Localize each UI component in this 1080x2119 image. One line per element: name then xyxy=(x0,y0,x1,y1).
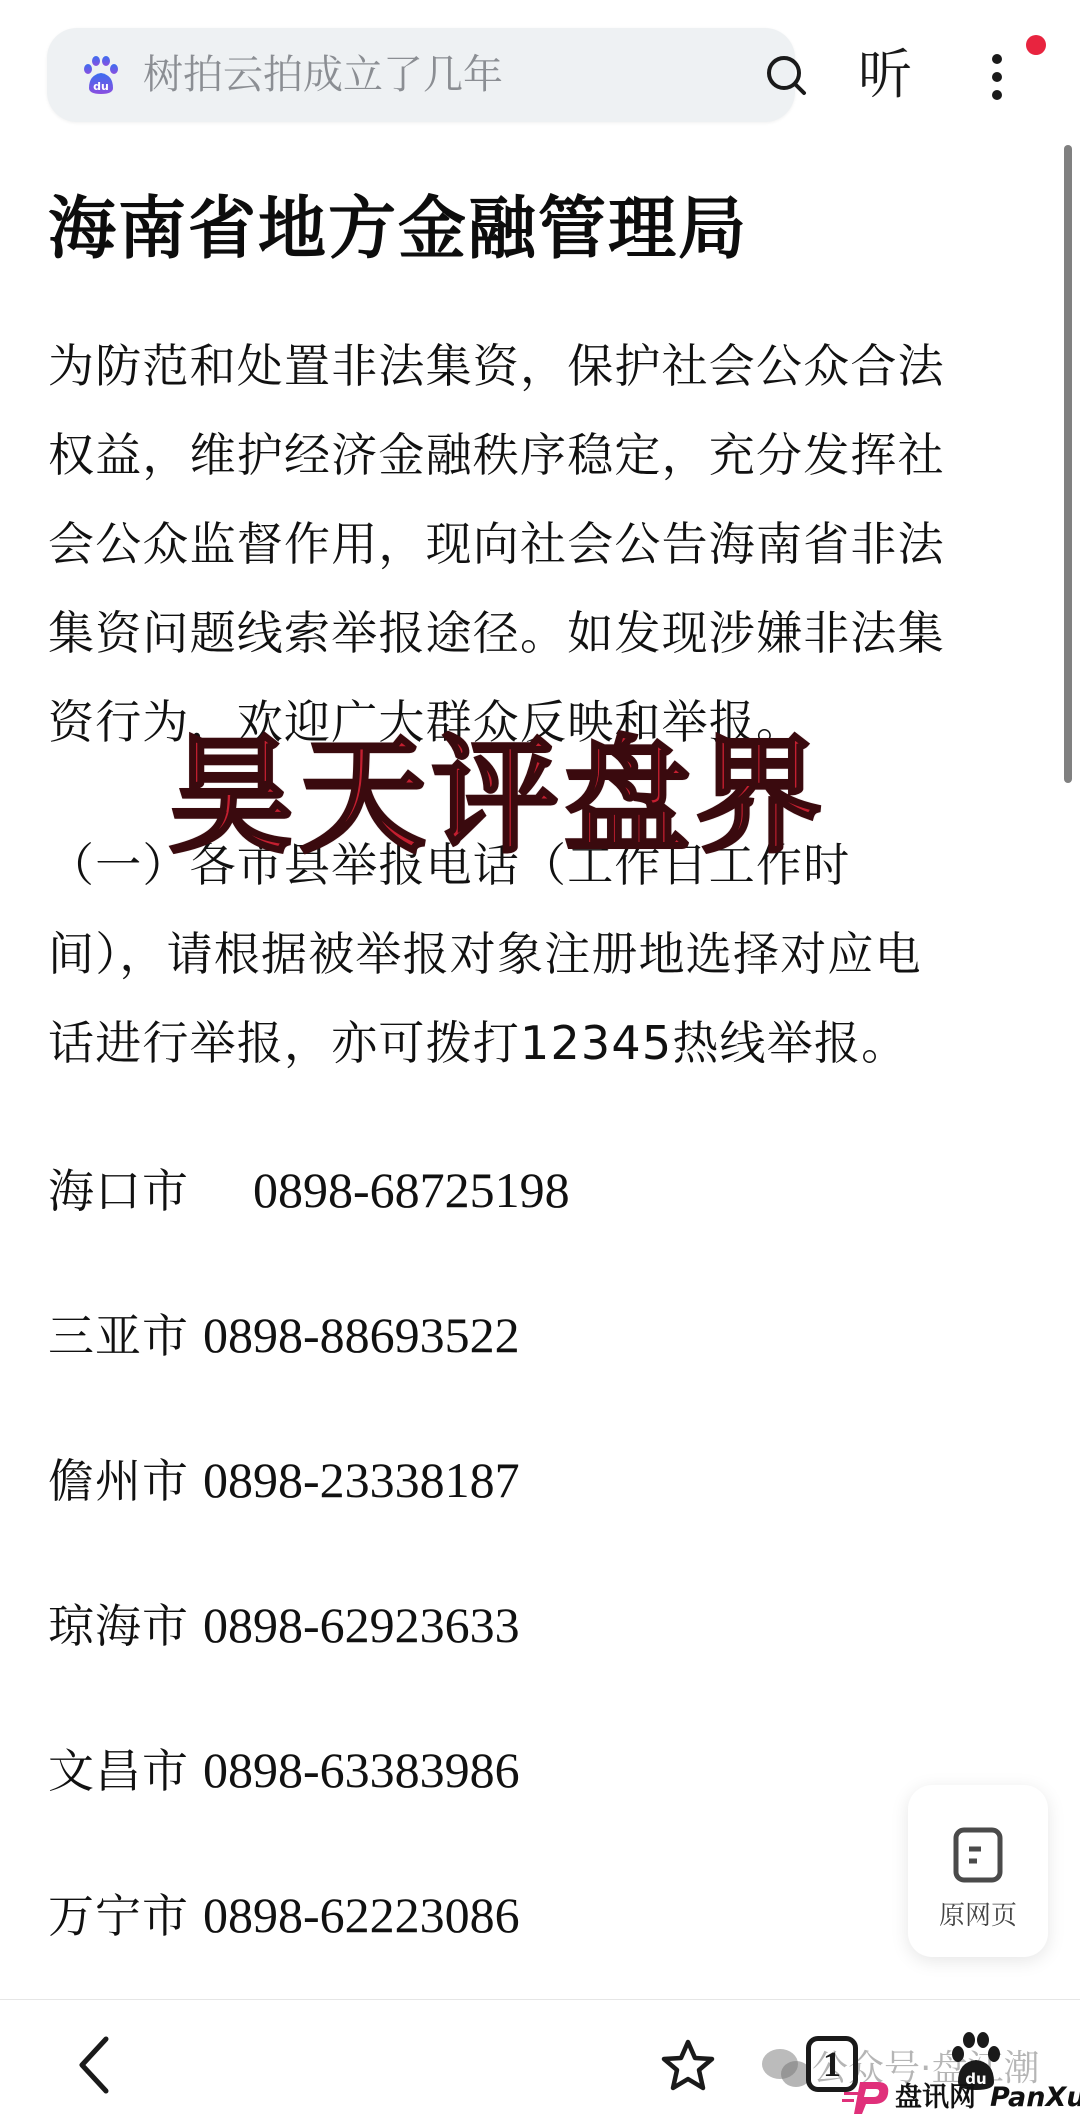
city-name: 万宁市 xyxy=(48,1889,189,1943)
text-line: 间），请根据被举报对象注册地选择对应电 xyxy=(48,910,1048,999)
wechat-icon xyxy=(760,2046,812,2090)
original-page-label: 原网页 xyxy=(908,1895,1048,1932)
favorite-star-icon[interactable] xyxy=(660,2038,716,2094)
phone-number[interactable]: 0898-68725198 xyxy=(253,1162,570,1218)
document-icon xyxy=(953,1827,1003,1883)
listen-button[interactable]: 听 xyxy=(858,40,912,110)
overlay-watermark: 昊天评盘界 xyxy=(168,722,828,872)
text-line: 集资问题线索举报途径。如发现涉嫌非法集 xyxy=(48,589,1048,678)
phone-number[interactable]: 0898-23338187 xyxy=(203,1452,520,1508)
panxun-en: PanXun.cc xyxy=(990,2082,1080,2113)
phone-row-qionghai: 琼海市0898-62923633 xyxy=(48,1595,520,1655)
phone-row-danzhou: 儋州市0898-23338187 xyxy=(48,1450,520,1510)
article-title: 海南省地方金融管理局 xyxy=(48,190,748,270)
phone-number[interactable]: 0898-63383986 xyxy=(203,1742,520,1798)
panxun-logo-text: 盘讯网PanXun.cc xyxy=(895,2080,1080,2116)
text-line: 为防范和处置非法集资，保护社会公众合法 xyxy=(48,322,1048,411)
search-icon[interactable] xyxy=(764,53,810,99)
phone-row-wenchang: 文昌市0898-63383986 xyxy=(48,1740,520,1800)
svg-text:du: du xyxy=(93,80,109,93)
text-line: 权益，维护经济金融秩序稳定，充分发挥社 xyxy=(48,411,1048,500)
bottom-bar-divider xyxy=(0,1999,1080,2000)
search-input[interactable]: 树拍云拍成立了几年 xyxy=(143,28,503,122)
city-name: 海口市 xyxy=(48,1164,189,1218)
panxun-cn: 盘讯网 xyxy=(895,2082,976,2113)
original-page-button[interactable]: 原网页 xyxy=(908,1785,1048,1957)
phone-row-wanning: 万宁市0898-62223086 xyxy=(48,1885,520,1945)
search-bar[interactable]: du 树拍云拍成立了几年 xyxy=(47,28,795,122)
notification-dot xyxy=(1026,35,1046,55)
phone-number[interactable]: 0898-88693522 xyxy=(203,1307,520,1363)
phone-row-haikou: 海口市0898-68725198 xyxy=(48,1160,570,1220)
phone-row-sanya: 三亚市0898-88693522 xyxy=(48,1305,520,1365)
back-chevron-icon[interactable] xyxy=(76,2035,112,2095)
baidu-logo-icon: du xyxy=(81,55,121,95)
panxun-logo-icon xyxy=(842,2080,892,2116)
intro-paragraph: 为防范和处置非法集资，保护社会公众合法 权益，维护经济金融秩序稳定，充分发挥社 … xyxy=(48,322,1048,767)
city-name: 琼海市 xyxy=(48,1599,189,1653)
phone-number[interactable]: 0898-62223086 xyxy=(203,1887,520,1943)
more-options-icon[interactable] xyxy=(990,52,1004,102)
text-line: 话进行举报，亦可拨打12345热线举报。 xyxy=(48,999,1048,1088)
text-line: 会公众监督作用，现向社会公告海南省非法 xyxy=(48,500,1048,589)
phone-number[interactable]: 0898-62923633 xyxy=(203,1597,520,1653)
city-name: 文昌市 xyxy=(48,1744,189,1798)
city-name: 三亚市 xyxy=(48,1309,189,1363)
scrollbar[interactable] xyxy=(1064,145,1072,783)
city-name: 儋州市 xyxy=(48,1454,189,1508)
